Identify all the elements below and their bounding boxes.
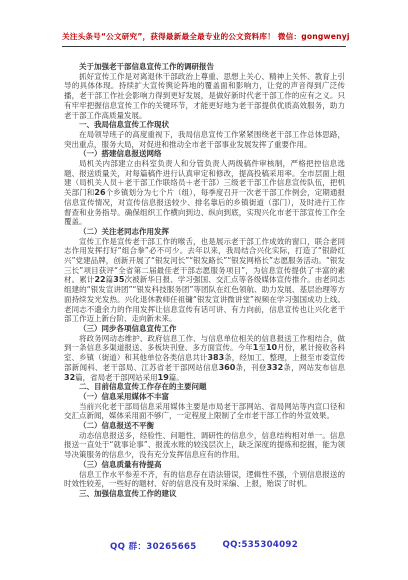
paragraph: 动态信息报送多，经验性、问题性、调研性的信息少，信息结构相对单一。信息报送一直处… — [64, 431, 345, 460]
footer-contacts: QQ 群：30265665 QQ:535304092 — [0, 540, 408, 552]
subsection-heading: （一）信息采用媒体不丰富 — [64, 392, 345, 402]
section-heading: 三、加强信息宣传工作的建议 — [64, 489, 345, 499]
header-notice-text: 关注头条号“公文研究”，获得最新最全最专业的公文资料库！ 微信：gongweny… — [62, 32, 350, 41]
paragraph: 宣传工作是宣传老干部工作的喉舌，也是展示老干部工作成效的窗口，联合老同志作用发挥… — [64, 237, 345, 324]
subsection-heading: （三）同步各项信息宣传工作 — [64, 324, 345, 334]
footer-qq-group: QQ 群：30265665 — [110, 540, 197, 552]
section-heading: 二、目前信息宣传工作存在的主要问题 — [64, 382, 345, 392]
footer-qq: QQ:535304092 — [223, 540, 298, 552]
paragraph: 将政务网动态维护、政府信息工作、与信息单位相关的信息报送工作相结合，做到一条信息… — [64, 334, 345, 383]
subsection-heading: （二）信息报送不平衡 — [64, 421, 345, 431]
paragraph: 信息工作水平参差不齐，有的信息存在语法错误，逻辑性不强，个别信息报送的时效性较差… — [64, 470, 345, 489]
paragraph: 当前兴化老干部局信息采用媒体主要是市局老干部网站、省局网站等内宣口径和交汇点新闻… — [64, 402, 345, 421]
subsection-heading: （二）关注老同志作用发挥 — [64, 227, 345, 237]
paragraph: 局机关内部建立由科室负责人和分管负责人两级稿件审核制，严格把控信息选题、报送质量… — [64, 159, 345, 227]
paragraph: 抓好宣传工作是对离退休干部政治上尊重、思想上关心、精神上关怀、教育上引导的具体体… — [64, 72, 345, 121]
subsection-heading: （一）搭建信息报送网络 — [64, 149, 345, 159]
subsection-heading: （三）信息质量有待提高 — [64, 460, 345, 470]
paragraph: 在局领导班子的高度重视下，我局信息宣传工作紧紧围绕老干部工作总体思路，突出重点，… — [64, 130, 345, 149]
section-heading: 一、我局信息宣传工作现状 — [64, 120, 345, 130]
document-title: 关于加强老干部信息宣传工作的调研报告 — [64, 62, 345, 72]
document-body: 关于加强老干部信息宣传工作的调研报告抓好宣传工作是对离退休干部政治上尊重、思想上… — [64, 62, 345, 499]
header-notice-rule: 关注头条号“公文研究”，获得最新最全最专业的公文资料库！ 微信：gongweny… — [62, 24, 346, 47]
document-page: 关注头条号“公文研究”，获得最新最全最专业的公文资料库！ 微信：gongweny… — [0, 0, 408, 580]
